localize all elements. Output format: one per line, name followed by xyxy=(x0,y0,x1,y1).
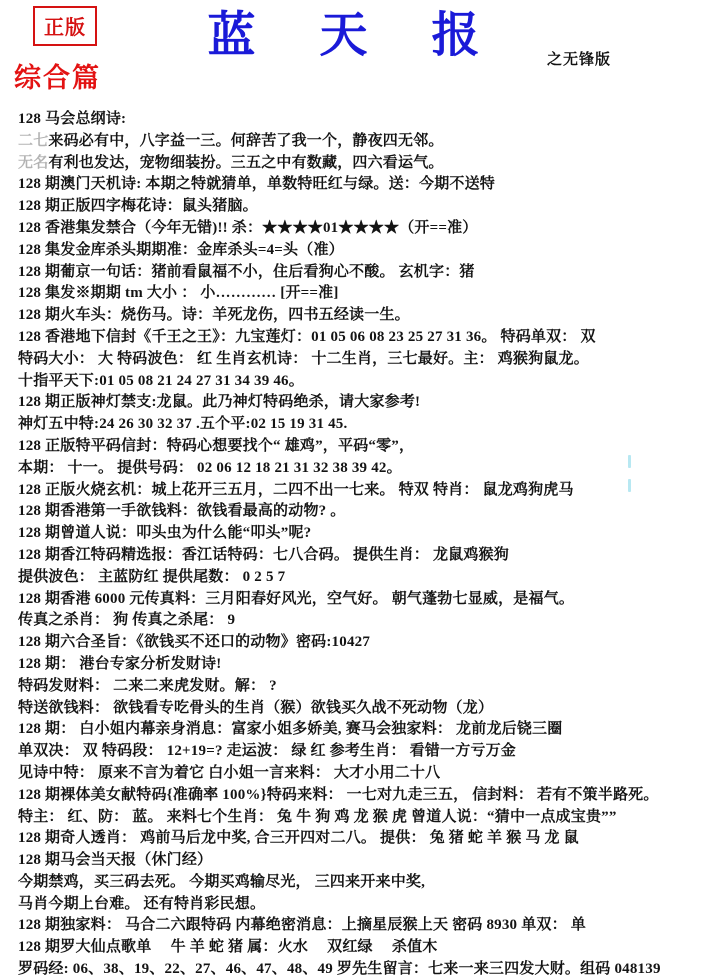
report-line: 128 期葡京一句话：猪前看鼠福不小，住后看狗心不酸。 玄机字：猪 xyxy=(18,262,713,284)
faded-prefix: 无名 xyxy=(18,155,48,171)
report-line: 128 期香港 6000 元传真料：三月阳春好风光，空气好。 朝气蓬勃七显威，是… xyxy=(18,589,713,611)
edition-label: 之无锋版 xyxy=(547,48,611,69)
report-line: 128 期正版四字梅花诗：鼠头猪脑。 xyxy=(18,196,713,218)
report-line: 128 期正版神灯禁支:龙鼠。此乃神灯特码绝杀，请大家参考! xyxy=(18,392,713,414)
report-line: 128 期： 港台专家分析发财诗! xyxy=(18,654,713,676)
report-line: 特码发财料： 二来二来虎发财。解： ? xyxy=(18,676,713,698)
report-line: 128 正版火烧玄机：城上花开三五月，二四不出一七来。 特双 特肖： 鼠龙鸡狗虎… xyxy=(18,480,713,502)
report-line: 128 马会总纲诗: xyxy=(18,109,713,131)
scan-artifact-mark xyxy=(628,479,631,492)
report-line: 128 期裸体美女献特码{准确率 100%}特码来料： 一七对九走三五， 信封料… xyxy=(18,785,713,807)
report-line: 128 香港集发禁合（今年无错)!! 杀：★★★★01★★★★（开==准） xyxy=(18,218,713,240)
report-line: 128 集发金库杀头期期准：金库杀头=4=头（准） xyxy=(18,240,713,262)
report-line: 128 集发※期期 tm 大小 ： 小………… [开==准] xyxy=(18,283,713,305)
report-line: 128 期澳门天机诗: 本期之特就猜单，单数特旺红与绿。送：今期不送特 xyxy=(18,174,713,196)
faded-prefix: 二七 xyxy=(18,133,48,149)
report-line: 特码大小： 大 特码波色： 红 生肖玄机诗： 十二生肖，三七最好。主： 鸡猴狗鼠… xyxy=(18,349,713,371)
report-line: 单双决： 双 特码段： 12+19=? 走运波： 绿 红 参考生肖： 看错一方亏… xyxy=(18,741,713,763)
report-line: 传真之杀肖： 狗 传真之杀尾： 9 xyxy=(18,610,713,632)
report-line: 128 期独家料： 马合二六跟特码 内幕绝密消息：上摘星辰猴上天 密码 8930… xyxy=(18,915,713,937)
report-line: 128 正版特平码信封：特码心想要找个“ 雄鸡”，平码“零”， xyxy=(18,436,713,458)
report-line: 特主： 红、防： 蓝。 来料七个生肖： 兔 牛 狗 鸡 龙 猴 虎 曾道人说：“… xyxy=(18,807,713,829)
section-title: 综合篇 xyxy=(14,56,101,95)
report-line: 二七来码必有中，八字益一三。何辞苦了我一个，静夜四无邻。 xyxy=(18,131,713,153)
report-line: 128 期香江特码精选报：香江话特码：七八合码。 提供生肖： 龙鼠鸡猴狗 xyxy=(18,545,713,567)
report-line: 128 期六合圣旨：《欲钱买不还口的动物》密码:10427 xyxy=(18,632,713,654)
scan-artifact-mark xyxy=(628,455,631,468)
report-line: 马肖今期上台难。 还有特肖彩民想。 xyxy=(18,894,713,916)
report-line: 128 期罗大仙点歌单 牛 羊 蛇 猪 属：火水 双红绿 杀值木 xyxy=(18,937,713,959)
report-line: 特送欲钱料： 欲钱看专吃骨头的生肖（猴）欲钱买久战不死动物（龙） xyxy=(18,698,713,720)
report-line: 128 期奇人透肖： 鸡前马后龙中奖, 合三开四对二八。 提供： 兔 猪 蛇 羊… xyxy=(18,828,713,850)
report-line: 128 期马会当天报（休门经） xyxy=(18,850,713,872)
report-line: 神灯五中特:24 26 30 32 37 .五个平:02 15 19 31 45… xyxy=(18,414,713,436)
report-body: 128 马会总纲诗:二七来码必有中，八字益一三。何辞苦了我一个，静夜四无邻。无名… xyxy=(18,109,713,977)
report-line: 今期禁鸡，买三码去死。 今期买鸡输尽光， 三四来开来中奖, xyxy=(18,872,713,894)
report-line: 无名有利也发达，宠物细装扮。三五之中有数藏，四六看运气。 xyxy=(18,153,713,175)
report-line: 128 期： 白小姐内幕亲身消息：富家小姐多娇美, 赛马会独家料： 龙前龙后铙三… xyxy=(18,719,713,741)
report-line: 128 期曾道人说：叩头虫为什么能“叩头”呢? xyxy=(18,523,713,545)
report-line: 提供波色： 主蓝防红 提供尾数： 0 2 5 7 xyxy=(18,567,713,589)
report-line: 十指平天下:01 05 08 21 24 27 31 34 39 46。 xyxy=(18,371,713,393)
report-line: 128 期香港第一手欲钱料：欲钱看最高的动物? 。 xyxy=(18,501,713,523)
report-line: 罗码经: 06、38、19、22、27、46、47、48、49 罗先生留言：七来… xyxy=(18,959,713,977)
report-line: 本期： 十一。 提供号码： 02 06 12 18 21 31 32 38 39… xyxy=(18,458,713,480)
report-line: 128 香港地下信封《千王之王》：九宝莲灯：01 05 06 08 23 25 … xyxy=(18,327,713,349)
report-line: 见诗中特： 原来不言为着它 白小姐一言来料： 大才小用二十八 xyxy=(18,763,713,785)
report-line: 128 期火车头：烧伤马。诗：羊死龙伤，四书五经读一生。 xyxy=(18,305,713,327)
